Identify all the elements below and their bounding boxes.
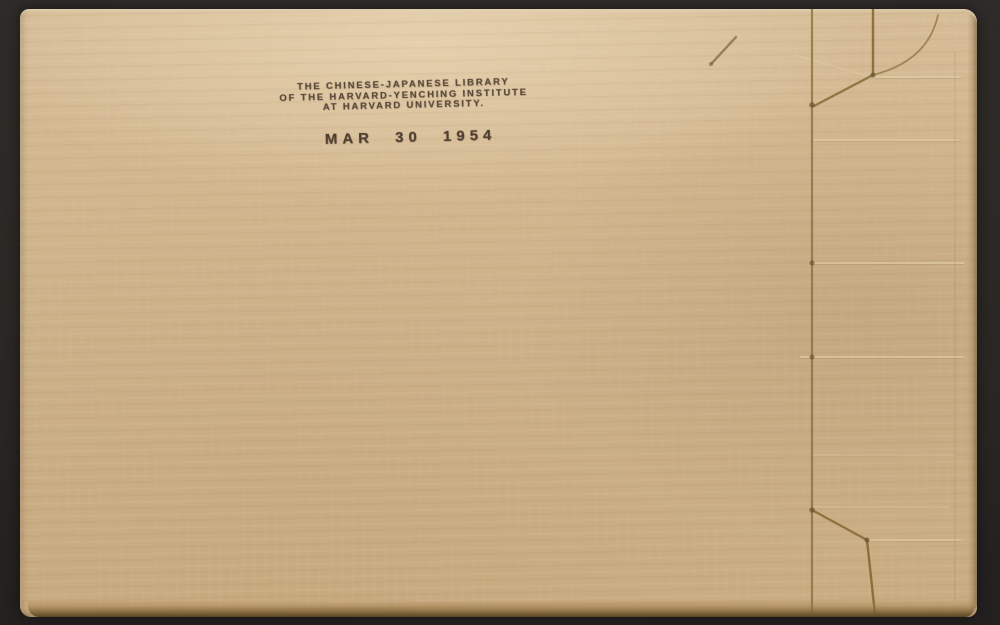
page-edges-right bbox=[967, 14, 977, 611]
library-stamp: THE CHINESE-JAPANESE LIBRARY OF THE HARV… bbox=[238, 76, 570, 150]
book-cover: THE CHINESE-JAPANESE LIBRARY OF THE HARV… bbox=[20, 9, 977, 617]
page-edges-bottom bbox=[28, 600, 974, 617]
book-scan-photo: THE CHINESE-JAPANESE LIBRARY OF THE HARV… bbox=[0, 0, 1000, 625]
